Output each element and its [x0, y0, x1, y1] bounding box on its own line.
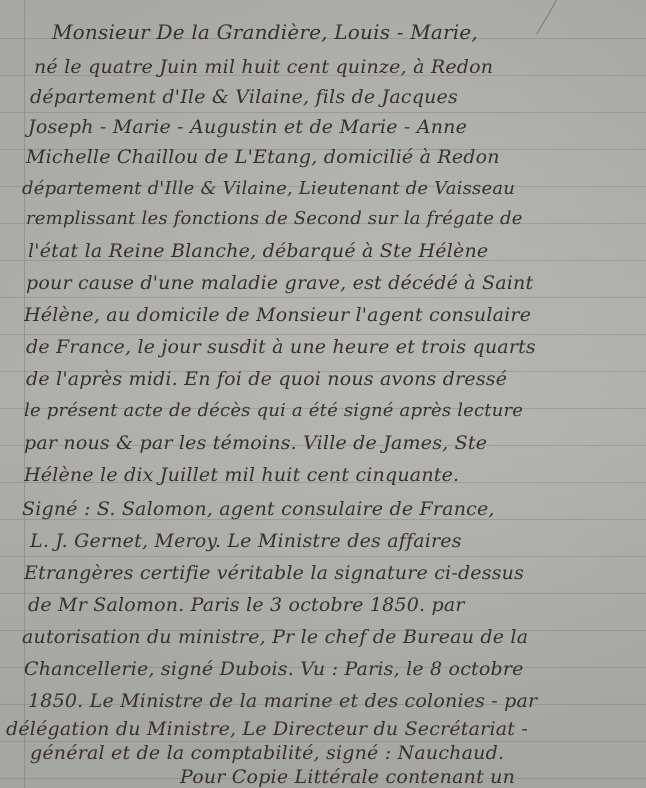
register-page: Monsieur De la Grandière, Louis - Marie,… [0, 0, 646, 788]
text-line: L. J. Gernet, Meroy. Le Ministre des aff… [30, 530, 462, 552]
text-line: département d'Ile & Vilaine, fils de Jac… [30, 86, 458, 108]
text-line: 1850. Le Ministre de la marine et des co… [28, 690, 537, 712]
top-pen-stroke [536, 0, 620, 34]
text-line: général et de la comptabilité, signé : N… [30, 742, 504, 764]
text-line: Hélène le dix Juillet mil huit cent cinq… [24, 464, 459, 486]
text-line: par nous & par les témoins. Ville de Jam… [24, 432, 487, 454]
text-line: Michelle Chaillou de L'Etang, domicilié … [26, 146, 500, 168]
text-line: Signé : S. Salomon, agent consulaire de … [22, 498, 495, 520]
text-line: de Mr Salomon. Paris le 3 octobre 1850. … [28, 594, 465, 616]
text-line: de France, le jour susdit à une heure et… [26, 336, 536, 358]
text-line: le présent acte de décès qui a été signé… [24, 400, 523, 421]
text-line: département d'Ille & Vilaine, Lieutenant… [22, 178, 515, 199]
text-line: autorisation du ministre, Pr le chef de … [22, 626, 528, 648]
text-line: né le quatre Juin mil huit cent quinze, … [34, 56, 493, 78]
text-line: Joseph - Marie - Augustin et de Marie - … [28, 116, 467, 138]
text-line: remplissant les fonctions de Second sur … [26, 208, 523, 229]
text-line: Monsieur De la Grandière, Louis - Marie, [52, 20, 478, 44]
text-line: de l'après midi. En foi de quoi nous avo… [26, 368, 507, 390]
text-line: Hélène, au domicile de Monsieur l'agent … [24, 304, 531, 326]
text-line: Chancellerie, signé Dubois. Vu : Paris, … [24, 658, 524, 680]
text-line: l'état la Reine Blanche, débarqué à Ste … [28, 240, 488, 262]
text-line: pour cause d'une maladie grave, est décé… [26, 272, 533, 294]
text-line: délégation du Ministre, Le Directeur du … [6, 718, 528, 740]
text-line: Etrangères certifie véritable la signatu… [24, 562, 524, 584]
text-line: Pour Copie Littérale contenant un [180, 766, 515, 788]
